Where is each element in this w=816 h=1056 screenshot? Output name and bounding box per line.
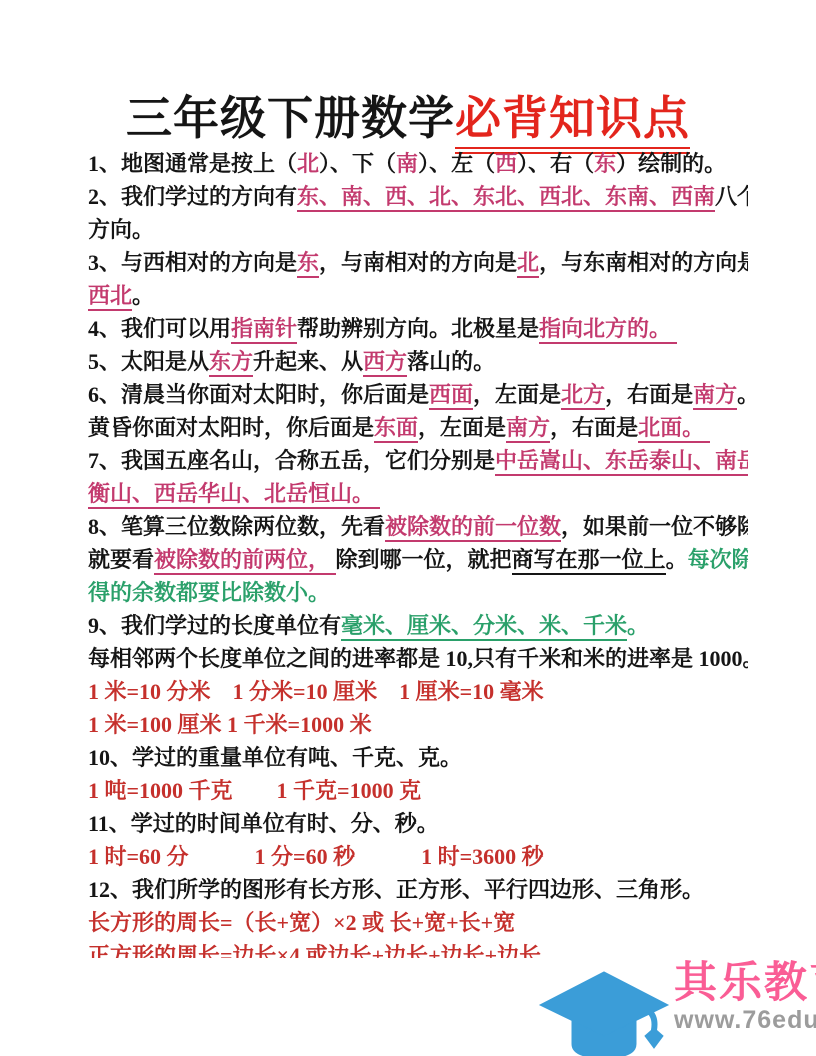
text-segment: 中岳嵩山、东岳泰山、南岳 xyxy=(495,448,748,476)
text-segment: ，与南相对的方向是 xyxy=(319,250,517,275)
text-segment: 东面 xyxy=(374,415,418,443)
text-segment: 7、我国五座名山，合称五岳，它们分别是 xyxy=(88,448,495,473)
site-logo: 其乐教育 www.76edu.com xyxy=(538,960,816,1056)
text-segment: ，左面是 xyxy=(473,382,561,407)
text-segment: 每相邻两个长度单位之间的进率都是 10,只有千米和米的进率是 1000。 xyxy=(88,646,748,671)
text-segment: 除到哪一位，就把 xyxy=(336,547,512,572)
text-line: 衡山、西岳华山、北岳恒山。 xyxy=(88,477,748,510)
text-line: 1 米=10 分米 1 分米=10 厘米 1 厘米=10 毫米 xyxy=(88,675,748,708)
text-segment: 毫米、厘米、分米、米、千米 xyxy=(341,613,627,641)
text-segment: 8、笔算三位数除两位数，先看 xyxy=(88,514,385,539)
text-segment: 东、南、西、北、东北、西北、东南、西南 xyxy=(297,184,715,212)
text-segment: ，与东南相对的方向是 xyxy=(539,250,748,275)
text-segment: 1 吨=1000 千克 1 千克=1000 克 xyxy=(88,778,421,803)
graduation-cap-icon xyxy=(538,966,670,1056)
text-line: 黄昏你面对太阳时，你后面是东面，左面是南方，右面是北面。 xyxy=(88,411,748,444)
text-segment: 1 时=60 分 1 分=60 秒 1 时=3600 秒 xyxy=(88,844,544,869)
worksheet-page: 三年级下册数学必背知识点 1、地图通常是按上（北）、下（南）、左（西）、右（东）… xyxy=(0,0,816,1056)
text-line: 方向。 xyxy=(88,213,748,246)
text-segment: 。 xyxy=(627,613,649,638)
text-line: 11、学过的时间单位有时、分、秒。 xyxy=(88,807,748,840)
text-line: 每相邻两个长度单位之间的进率都是 10,只有千米和米的进率是 1000。 xyxy=(88,642,748,675)
text-segment: 指向北方的。 xyxy=(539,316,677,344)
text-segment: ）、右（ xyxy=(517,151,594,176)
text-segment: 9、我们学过的长度单位有 xyxy=(88,613,341,638)
text-segment: 黄昏你面对太阳时，你后面是 xyxy=(88,415,374,440)
text-segment: 每次除 xyxy=(688,547,748,572)
text-segment: 正方形的周长=边长×4 或边长+边长+边长+边长 xyxy=(88,943,541,958)
text-segment: 1 米=100 厘米 1 千米=1000 米 xyxy=(88,712,372,737)
text-segment: 得的余数都要比除数小。 xyxy=(88,580,330,605)
text-segment: 被除数的前两位， xyxy=(154,547,336,575)
text-segment: 西 xyxy=(495,151,517,176)
logo-text-block: 其乐教育 www.76edu.com xyxy=(674,960,816,1034)
text-segment: 方向。 xyxy=(88,217,154,242)
text-segment: ）、左（ xyxy=(418,151,495,176)
text-segment: 长方形的周长=（长+宽）×2 或 长+宽+长+宽 xyxy=(88,910,515,935)
text-segment: 北面。 xyxy=(638,415,710,443)
text-segment: 八个 xyxy=(715,184,748,209)
document-lines: 1、地图通常是按上（北）、下（南）、左（西）、右（东）绘制的。2、我们学过的方向… xyxy=(88,147,748,958)
text-line: 就要看被除数的前两位， 除到哪一位，就把商写在那一位上。每次除 xyxy=(88,543,748,576)
text-segment: 北方 xyxy=(561,382,605,410)
logo-url: www.76edu.com xyxy=(674,1006,816,1034)
text-segment: 南方 xyxy=(693,382,737,410)
text-segment: 4、我们可以用 xyxy=(88,316,231,341)
text-line: 4、我们可以用指南针帮助辨别方向。北极星是指向北方的。 xyxy=(88,312,748,345)
text-segment: 1、地图通常是按上（ xyxy=(88,151,297,176)
text-segment: 就要看 xyxy=(88,547,154,572)
text-segment: 西面 xyxy=(429,382,473,410)
text-segment: ）、下（ xyxy=(319,151,396,176)
text-line: 9、我们学过的长度单位有毫米、厘米、分米、米、千米。 xyxy=(88,609,748,642)
text-line: 3、与西相对的方向是东，与南相对的方向是北，与东南相对的方向是 xyxy=(88,246,748,279)
text-segment: 11、学过的时间单位有时、分、秒。 xyxy=(88,811,439,836)
text-segment: 东 xyxy=(594,151,616,176)
page-title: 三年级下册数学必背知识点 xyxy=(0,82,816,148)
text-segment: 。 xyxy=(737,382,748,407)
title-black: 三年级下册数学 xyxy=(126,93,455,144)
text-segment: ）绘制的。 xyxy=(616,151,726,176)
text-segment: 南方 xyxy=(506,415,550,443)
logo-name: 其乐教育 xyxy=(674,960,816,1006)
text-segment: 12、我们所学的图形有长方形、正方形、平行四边形、三角形。 xyxy=(88,877,704,902)
text-segment: 1 米=10 分米 1 分米=10 厘米 1 厘米=10 毫米 xyxy=(88,679,544,704)
text-segment: 南 xyxy=(396,151,418,176)
text-line: 2、我们学过的方向有东、南、西、北、东北、西北、东南、西南八个 xyxy=(88,180,748,213)
text-segment: 北 xyxy=(297,151,319,176)
text-line: 得的余数都要比除数小。 xyxy=(88,576,748,609)
text-line: 6、清晨当你面对太阳时，你后面是西面，左面是北方，右面是南方。 xyxy=(88,378,748,411)
text-line: 西北。 xyxy=(88,279,748,312)
text-segment: 10、学过的重量单位有吨、千克、克。 xyxy=(88,745,462,770)
text-segment: ，右面是 xyxy=(605,382,693,407)
text-segment: ，左面是 xyxy=(418,415,506,440)
text-line: 1、地图通常是按上（北）、下（南）、左（西）、右（东）绘制的。 xyxy=(88,147,748,180)
text-segment: 北 xyxy=(517,250,539,278)
text-line: 5、太阳是从东方升起来、从西方落山的。 xyxy=(88,345,748,378)
text-line: 12、我们所学的图形有长方形、正方形、平行四边形、三角形。 xyxy=(88,873,748,906)
text-segment: ，右面是 xyxy=(550,415,638,440)
text-segment: 5、太阳是从 xyxy=(88,349,209,374)
text-segment: 指南针 xyxy=(231,316,297,344)
title-red: 必背知识点 xyxy=(455,93,690,154)
text-line: 正方形的周长=边长×4 或边长+边长+边长+边长 xyxy=(88,939,748,958)
text-segment: 2、我们学过的方向有 xyxy=(88,184,297,209)
text-line: 10、学过的重量单位有吨、千克、克。 xyxy=(88,741,748,774)
text-line: 8、笔算三位数除两位数，先看被除数的前一位数，如果前一位不够除， xyxy=(88,510,748,543)
text-segment: 帮助辨别方向。北极星是 xyxy=(297,316,539,341)
text-line: 1 时=60 分 1 分=60 秒 1 时=3600 秒 xyxy=(88,840,748,873)
text-line: 长方形的周长=（长+宽）×2 或 长+宽+长+宽 xyxy=(88,906,748,939)
text-segment: 。 xyxy=(666,547,688,572)
text-segment: 落山的。 xyxy=(407,349,495,374)
text-segment: 升起来、从 xyxy=(253,349,363,374)
text-line: 1 米=100 厘米 1 千米=1000 米 xyxy=(88,708,748,741)
text-segment: 东 xyxy=(297,250,319,278)
text-segment: 东方 xyxy=(209,349,253,377)
text-segment: 西北 xyxy=(88,283,132,311)
text-segment: 被除数的前一位数 xyxy=(385,514,561,542)
text-segment: 衡山、西岳华山、北岳恒山。 xyxy=(88,481,380,509)
text-segment: 。 xyxy=(132,283,154,308)
text-segment: 6、清晨当你面对太阳时，你后面是 xyxy=(88,382,429,407)
text-line: 1 吨=1000 千克 1 千克=1000 克 xyxy=(88,774,748,807)
text-segment: 商写在那一位上 xyxy=(512,547,666,575)
text-line: 7、我国五座名山，合称五岳，它们分别是中岳嵩山、东岳泰山、南岳 xyxy=(88,444,748,477)
text-segment: 3、与西相对的方向是 xyxy=(88,250,297,275)
text-segment: ，如果前一位不够除， xyxy=(561,514,748,539)
text-segment: 西方 xyxy=(363,349,407,377)
